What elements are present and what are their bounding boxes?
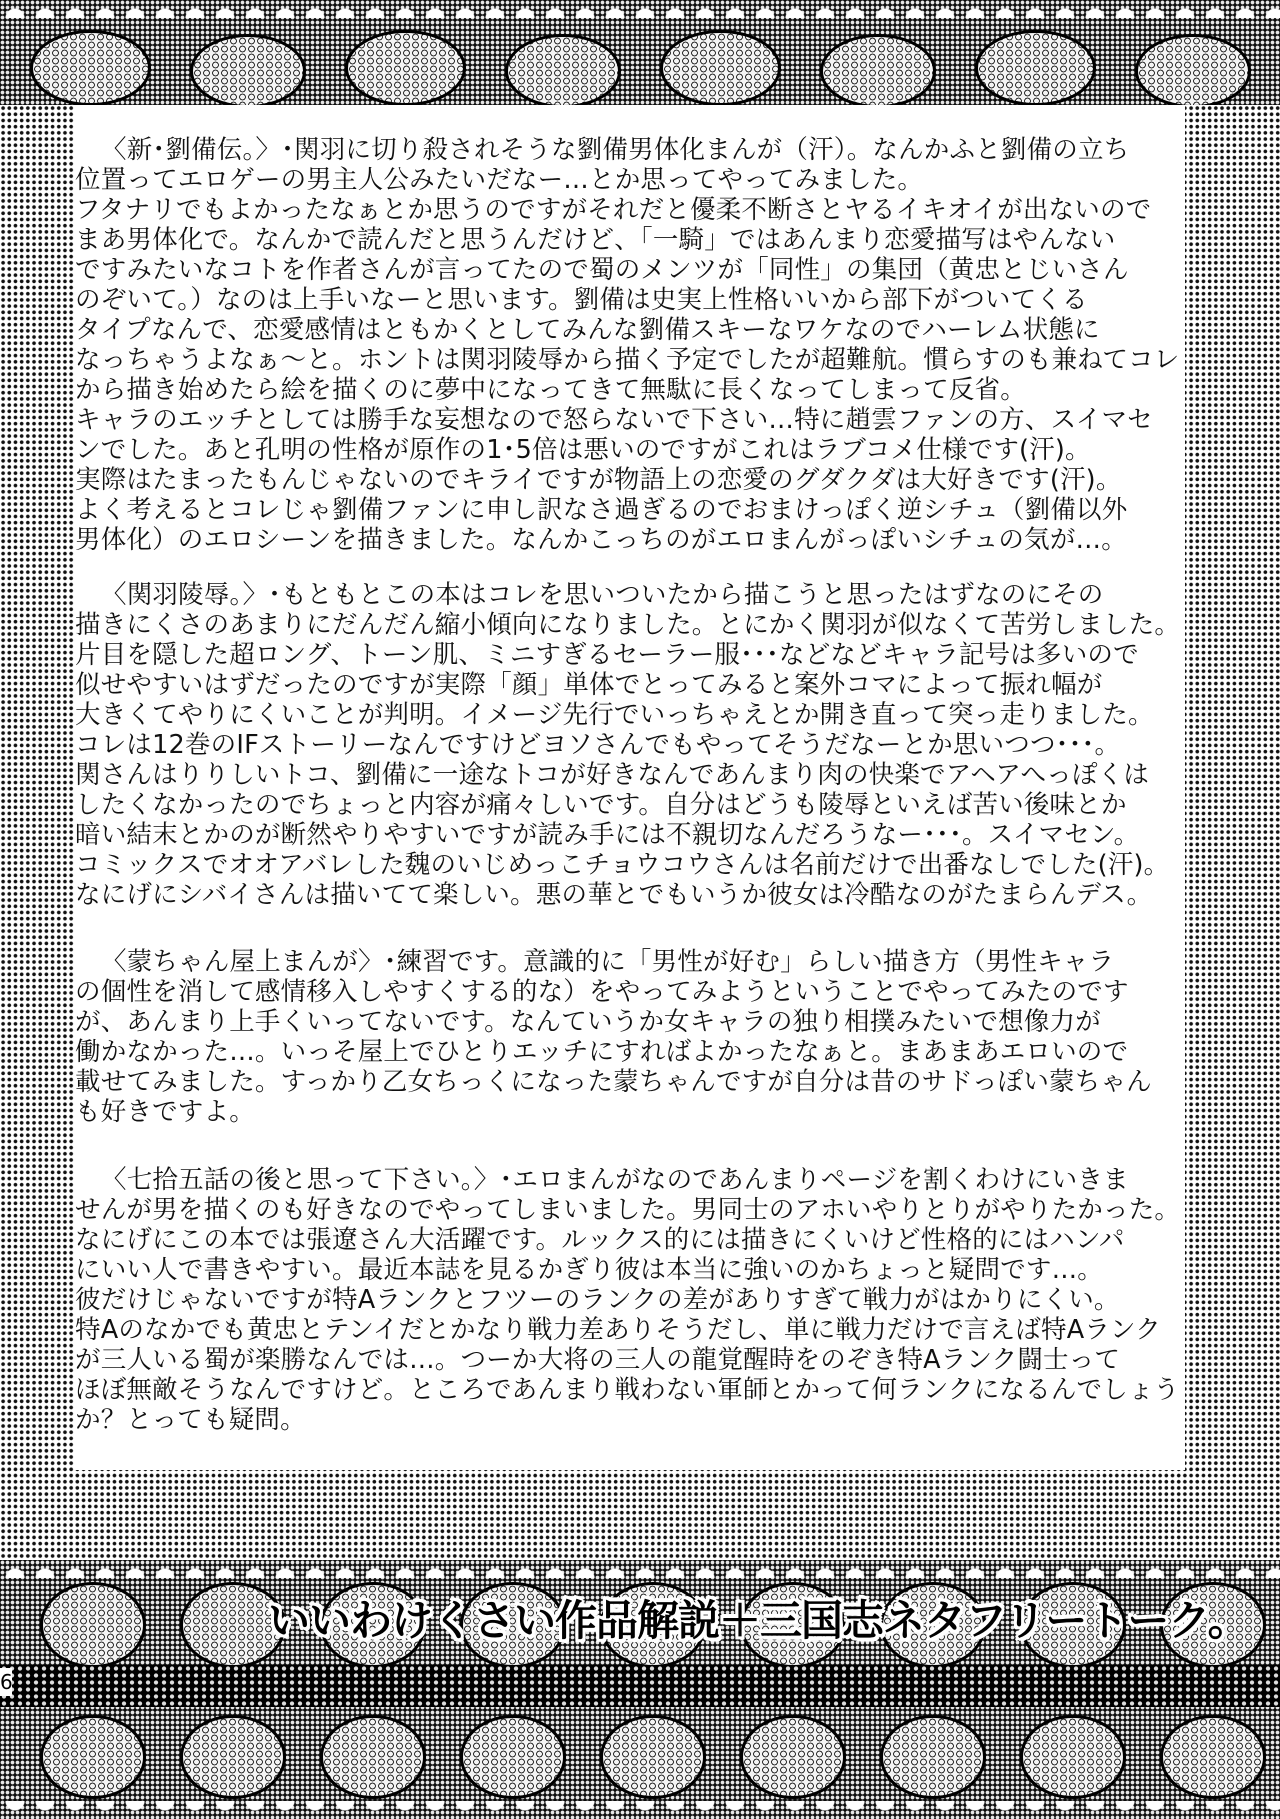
text-line: 特Aのなかでも黄忠とテンイだとかなり戦力差ありそうだし、単に戦力だけで言えば特A… (75, 1315, 1185, 1345)
text-line: ほぼ無敵そうなんですけど。ところであんまり戦わない軍師とかって何ランクになるんで… (75, 1375, 1185, 1405)
text-line: 載せてみました。すっかり乙女ちっくになった蒙ちゃんですが自分は昔のサドっぽい蒙ち… (75, 1067, 1185, 1097)
lace-center-band (0, 1665, 1280, 1707)
text-line: 似せやすいはずだったのですが実際「顔」単体でとってみると案外コマによって振れ幅が (75, 670, 1185, 700)
text-line: が三人いる蜀が楽勝なんでは…。つーか大将の三人の龍覚醒時をのぞき特Aランク闘士っ… (75, 1345, 1185, 1375)
text-line: 大きくてやりにくいことが判明。イメージ先行でいっちゃえとか開き直って突っ走りまし… (75, 700, 1185, 730)
text-line: のぞいて。）なのは上手いなーと思います。劉備は史実上性格いいから部下がついてくる (75, 285, 1185, 315)
text-line: にいい人で書きやすい。最近本誌を見るかぎり彼は本当に強いのかちょっと疑問です…。 (75, 1255, 1185, 1285)
text-line: 関さんはりりしいトコ、劉備に一途なトコが好きなんであんまり肉の快楽でアヘアへっぽ… (75, 760, 1185, 790)
text-line: なにげにシバイさんは描いてて楽しい。悪の華とでもいうか彼女は冷酷なのがたまらんデ… (75, 880, 1185, 910)
text-line: 働かなかった…。いっそ屋上でひとりエッチにすればよかったなぁと。まあまあエロいの… (75, 1037, 1185, 1067)
text-line: 彼だけじゃないですが特Aランクとフツーのランクの差がありすぎて戦力がはかりにくい… (75, 1285, 1185, 1315)
text-line: フタナリでもよかったなぁとか思うのですがそれだと優柔不断さとヤるイキオイが出ない… (75, 195, 1185, 225)
text-line: が、あんまり上手くいってないです。なんていうか女キャラの独り相撲みたいで想像力が (75, 1007, 1185, 1037)
text-line: まあ男体化で。なんかで読んだと思うんだけど、「一騎」ではあんまり恋愛描写はやんな… (75, 225, 1185, 255)
text-line: よく考えるとコレじゃ劉備ファンに申し訳なさ過ぎるのでおまけっぽく逆シチュ（劉備以… (75, 495, 1185, 525)
text-line: ンでした。あと孔明の性格が原作の1･5倍は悪いのですがこれはラブコメ仕様です(汗… (75, 435, 1185, 465)
text-line: 〈関羽陵辱。〉･もともとこの本はコレを思いついたから描こうと思ったはずなのにその (75, 580, 1185, 610)
text-line: 〈七拾五話の後と思って下さい。〉･エロまんがなのであんまりページを割くわけにいき… (75, 1165, 1185, 1195)
text-line: なにげにこの本では張遼さん大活躍です。ルックス的には描きにくいけど性格的にはハン… (75, 1225, 1185, 1255)
section-kanu-ryojoku: 〈関羽陵辱。〉･もともとこの本はコレを思いついたから描こうと思ったはずなのにその… (75, 580, 1185, 910)
text-line: タイプなんで、恋愛感情はともかくとしてみんな劉備スキーなワケなのでハーレム状態に (75, 315, 1185, 345)
text-line: 位置ってエロゲーの男主人公みたいだなー…とか思ってやってみました。 (75, 165, 1185, 195)
lace-border-top (0, 0, 1280, 105)
text-line: コミックスでオオアバレした魏のいじめっこチョウコウさんは名前だけで出番なしでした… (75, 850, 1185, 880)
text-line: 男体化）のエロシーンを描きました。なんかこっちのがエロまんがっぽいシチュの気が…… (75, 525, 1185, 555)
section-shin-ryubi-den: 〈新･劉備伝。〉･関羽に切り殺されそうな劉備男体化まんが（汗）。なんかふと劉備の… (75, 135, 1185, 555)
text-line: なっちゃうよなぁ～と。ホントは関羽陵辱から描く予定でしたが超難航。慣らすのも兼ね… (75, 345, 1185, 375)
text-line: 片目を隠した超ロング、トーン肌、ミニすぎるセーラー服･･･などなどキャラ記号は多… (75, 640, 1185, 670)
text-line: 〈蒙ちゃん屋上まんが〉･練習です。意識的に「男性が好む」らしい描き方（男性キャラ (75, 947, 1185, 977)
page-title: いいわけくさい作品解説＋三国志ネタフリートーク。 (262, 1588, 1255, 1648)
text-line: 〈新･劉備伝。〉･関羽に切り殺されそうな劉備男体化まんが（汗）。なんかふと劉備の… (75, 135, 1185, 165)
text-line: キャラのエッチとしては勝手な妄想なので怒らないで下さい…特に趙雲ファンの方、スイ… (75, 405, 1185, 435)
text-line: 実際はたまったもんじゃないのでキライですが物語上の恋愛のグダクダは大好きです(汗… (75, 465, 1185, 495)
text-line: の個性を消して感情移入しやすくする的な）をやってみようということでやってみたので… (75, 977, 1185, 1007)
text-line: 描きにくさのあまりにだんだん縮小傾向になりました。とにかく関羽が似なくて苦労しま… (75, 610, 1185, 640)
text-line: したくなかったのでちょっと内容が痛々しいです。自分はどうも陵辱といえば苦い後味と… (75, 790, 1185, 820)
page-number: 6 (0, 1668, 12, 1696)
text-line: ですみたいなコトを作者さんが言ってたので蜀のメンツが「同性」の集団（黄忠とじいさ… (75, 255, 1185, 285)
text-line: から描き始めたら絵を描くのに夢中になってきて無駄に長くなってしまって反省。 (75, 375, 1185, 405)
commentary-text-box: 〈新･劉備伝。〉･関羽に切り殺されそうな劉備男体化まんが（汗）。なんかふと劉備の… (75, 105, 1185, 1470)
text-line: も好きですよ。 (75, 1097, 1185, 1127)
section-mou-chan-okujou: 〈蒙ちゃん屋上まんが〉･練習です。意識的に「男性が好む」らしい描き方（男性キャラ… (75, 947, 1185, 1127)
text-line: せんが男を描くのも好きなのでやってしまいました。男同士のアホいやりとりがやりたか… (75, 1195, 1185, 1225)
text-line: か？とっても疑問。 (75, 1405, 1185, 1435)
text-line: コレは12巻のIFストーリーなんですけどヨソさんでもやってそうだなーとか思いつつ… (75, 730, 1185, 760)
text-line: 暗い結末とかのが断然やりやすいですが読み手には不親切なんだろうなー･･･。スイマ… (75, 820, 1185, 850)
section-75-wa-no-ato: 〈七拾五話の後と思って下さい。〉･エロまんがなのであんまりページを割くわけにいき… (75, 1165, 1185, 1435)
